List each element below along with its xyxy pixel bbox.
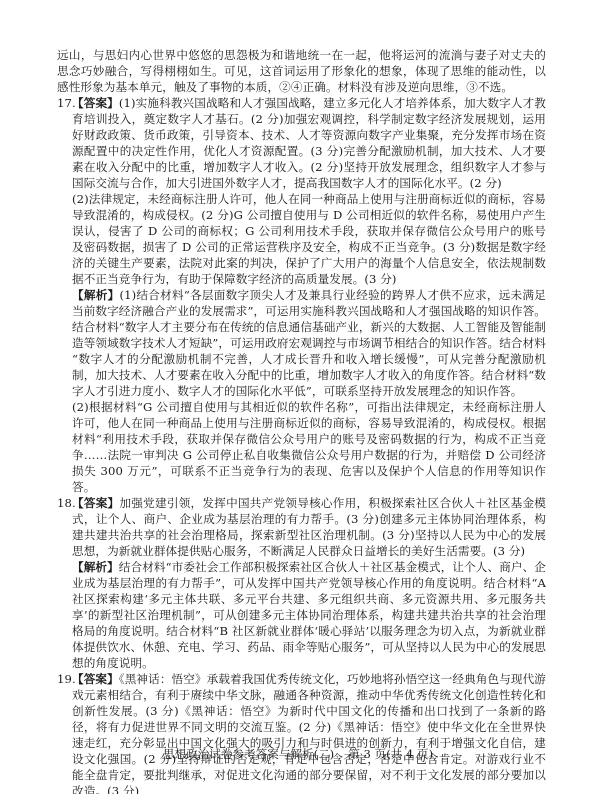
answer-paragraph: 【解析】(1)结合材料“各层面数字顶尖人才及兼具行业经验的跨界人才供不应求，远未… [72,287,546,399]
answer-paragraph: (2)根据材料“G 公司擅自使用与其相近似的软件名称”，可指出法律规定，未经商标… [72,399,546,495]
exam-answer-page: 远山，与思妇内心世界中悠悠的思怨极为和谐地统一在一起，他将运河的流淌与妻子对丈夫… [0,0,596,794]
section-label: 【答案】 [72,496,119,510]
answer-item: 18.【答案】加强党建引领，发挥中国共产党领导核心作用，积极探索社区合伙人＋社区… [57,495,546,671]
section-label: 【答案】 [72,672,119,686]
section-label: 【答案】 [72,96,119,110]
item-body: 【答案】加强党建引领，发挥中国共产党领导核心作用，积极探索社区合伙人＋社区基金模… [72,495,546,671]
item-body: 【答案】《黑神话：悟空》承载着我国优秀传统文化，巧妙地将孙悟空这一经典角色与现代… [72,671,546,794]
footer-title: 思想政治试卷参考答案与解析(二) [163,747,334,761]
item-number: 19. [57,671,72,687]
answer-item: 19.【答案】《黑神话：悟空》承载着我国优秀传统文化，巧妙地将孙悟空这一经典角色… [57,671,546,794]
items-container: 17.【答案】(1)实施科教兴国战略和人才强国战略，建立多元化人才培养体系，加大… [57,95,546,794]
section-label: 【解析】 [72,288,119,302]
footer-page-number: 第 3 页(共 4 页) [348,747,433,761]
section-label: 【解析】 [72,560,119,574]
answer-paragraph: 【答案】《黑神话：悟空》承载着我国优秀传统文化，巧妙地将孙悟空这一经典角色与现代… [72,671,546,794]
item-number: 18. [57,495,72,511]
item-number: 17. [57,95,72,111]
continuation-paragraph: 远山，与思妇内心世界中悠悠的思怨极为和谐地统一在一起，他将运河的流淌与妻子对丈夫… [57,47,546,95]
answer-paragraph: 【解析】结合材料“市委社会工作部积极探索社区合伙人＋社区基金模式，让个人、商户、… [72,559,546,671]
answer-paragraph: 【答案】加强党建引领，发挥中国共产党领导核心作用，积极探索社区合伙人＋社区基金模… [72,495,546,559]
answer-paragraph: (2)法律规定，未经商标注册人许可，他人在同一种商品上使用与注册商标近似的商标，… [72,191,546,287]
page-text: 远山，与思妇内心世界中悠悠的思怨极为和谐地统一在一起，他将运河的流淌与妻子对丈夫… [57,47,546,794]
item-body: 【答案】(1)实施科教兴国战略和人才强国战略，建立多元化人才培养体系，加大数字人… [72,95,546,495]
answer-paragraph: 【答案】(1)实施科教兴国战略和人才强国战略，建立多元化人才培养体系，加大数字人… [72,95,546,191]
answer-item: 17.【答案】(1)实施科教兴国战略和人才强国战略，建立多元化人才培养体系，加大… [57,95,546,495]
page-footer: 思想政治试卷参考答案与解析(二)第 3 页(共 4 页) [0,746,596,762]
